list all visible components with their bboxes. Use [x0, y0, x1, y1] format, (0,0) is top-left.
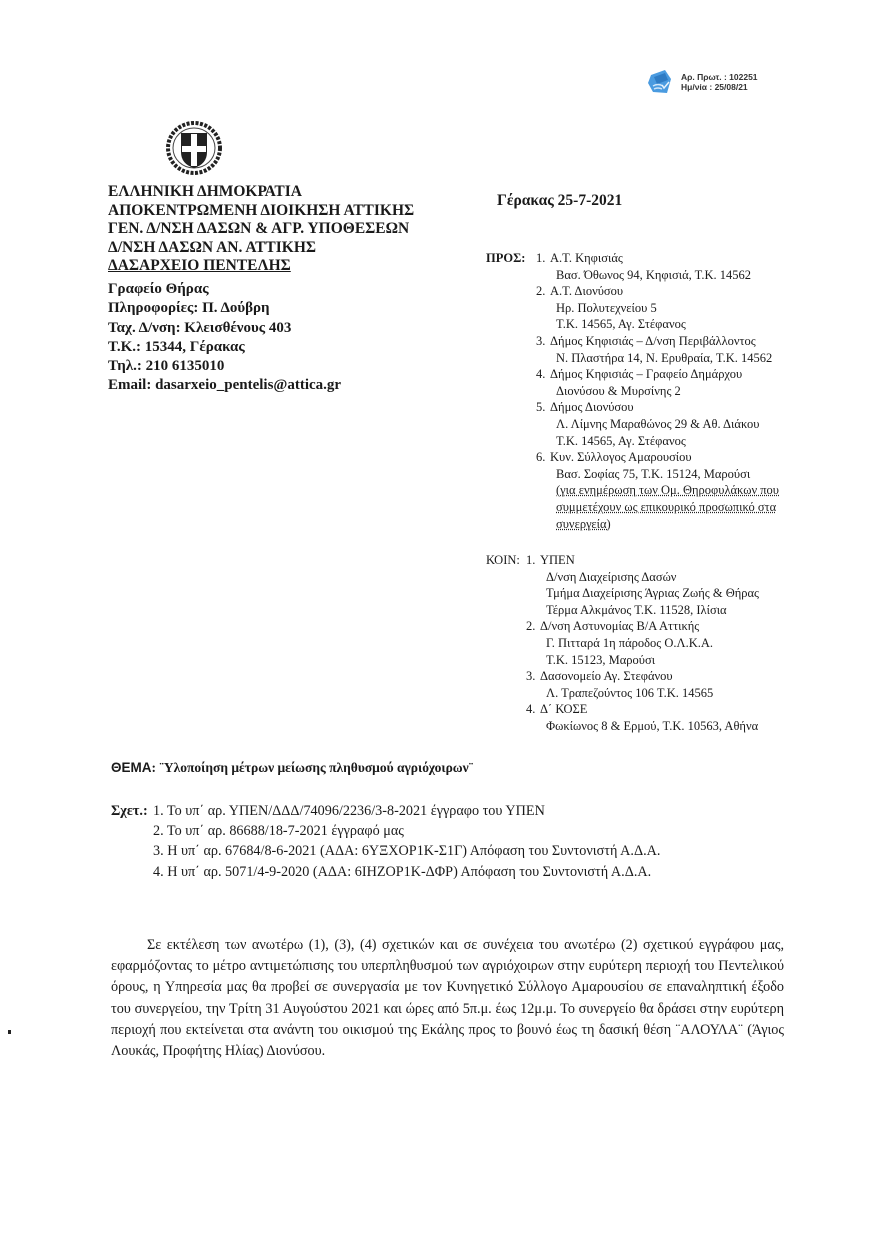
recipient-item: 2.Α.Τ. ΔιονύσουΗρ. Πολυτεχνείου 5Τ.Κ. 14… — [536, 283, 779, 333]
cc-item: 1.ΥΠΕΝΔ/νση Διαχείρισης ΔασώνΤμήμα Διαχε… — [526, 552, 759, 618]
subject-text: : ¨Υλοποίηση μέτρων μείωσης πληθυσμού αγ… — [152, 760, 474, 775]
contact-line: Τ.Κ.: 15344, Γέρακας — [108, 338, 341, 357]
recipient-name: Δ/νση Αστυνομίας Β/Α Αττικής — [540, 618, 713, 635]
scan-mark — [8, 1030, 11, 1034]
recipient-address: Φωκίωνος 8 & Ερμού, Τ.Κ. 10563, Αθήνα — [540, 718, 758, 735]
contact-line: Γραφείο Θήρας — [108, 280, 341, 299]
recipient-name: Δήμος Διονύσου — [550, 399, 759, 416]
recipient-address: Τ.Κ. 14565, Αγ. Στέφανος — [550, 433, 759, 450]
greek-coat-of-arms-icon — [165, 120, 223, 176]
subject-line: ΘΕΜΑ: ¨Υλοποίηση μέτρων μείωσης πληθυσμο… — [111, 760, 473, 776]
contact-line: Πληροφορίες: Π. Δούβρη — [108, 299, 341, 318]
recipient-item: 6.Κυν. Σύλλογος ΑμαρουσίουΒασ. Σοφίας 75… — [536, 449, 779, 532]
body-paragraph: Σε εκτέλεση των ανωτέρω (1), (3), (4) σχ… — [111, 935, 784, 1062]
recipient-address: Βασ. Σοφίας 75, Τ.Κ. 15124, Μαρούσι — [550, 466, 779, 483]
agency-line: ΓΕΝ. Δ/ΝΣΗ ΔΑΣΩΝ & ΑΓΡ. ΥΠΟΘΕΣΕΩΝ — [108, 220, 414, 239]
recipient-address: Δ/νση Διαχείρισης Δασών — [540, 569, 759, 586]
agency-line: ΑΠΟΚΕΝΤΡΩΜΕΝΗ ΔΙΟΙΚΗΣΗ ΑΤΤΙΚΗΣ — [108, 202, 414, 221]
contact-line: Τηλ.: 210 6135010 — [108, 357, 341, 376]
recipient-name: Κυν. Σύλλογος Αμαρουσίου — [550, 449, 779, 466]
recipient-address: Τ.Κ. 14565, Αγ. Στέφανος — [550, 316, 686, 333]
recipients-label: ΠΡΟΣ: — [486, 250, 536, 532]
item-number: 3. — [526, 668, 540, 701]
related-item: 3. Η υπ΄ αρ. 67684/8-6-2021 (ΑΔΑ: 6ΥΞΧΟΡ… — [153, 841, 660, 861]
item-number: 1. — [526, 552, 540, 618]
subject-label: ΘΕΜΑ — [111, 760, 152, 775]
recipient-note: (για ενημέρωση των Ομ. Θηροφυλάκων που — [550, 482, 779, 499]
recipient-address: Τέρμα Αλκμάνος Τ.Κ. 11528, Ιλίσια — [540, 602, 759, 619]
office-name: ΔΑΣΑΡΧΕΙΟ ΠΕΝΤΕΛΗΣ — [108, 257, 414, 276]
related-item: 2. Το υπ΄ αρ. 86688/18-7-2021 έγγραφό μα… — [153, 821, 660, 841]
recipient-name: Α.Τ. Διονύσου — [550, 283, 686, 300]
related-item: 1. Το υπ΄ αρ. ΥΠΕΝ/ΔΔΔ/74096/2236/3-8-20… — [153, 801, 660, 821]
item-number: 1. — [536, 250, 550, 283]
item-number: 6. — [536, 449, 550, 532]
protocol-date: Ημ/νία : 25/08/21 — [681, 82, 758, 92]
item-number: 2. — [536, 283, 550, 333]
recipient-name: Α.Τ. Κηφισιάς — [550, 250, 751, 267]
recipient-name: ΥΠΕΝ — [540, 552, 759, 569]
recipient-address: Διονύσου & Μυρσίνης 2 — [550, 383, 742, 400]
agency-line: Δ/ΝΣΗ ΔΑΣΩΝ ΑΝ. ΑΤΤΙΚΗΣ — [108, 239, 414, 258]
contact-line: Ταχ. Δ/νση: Κλεισθένους 403 — [108, 319, 341, 338]
recipients-block: ΠΡΟΣ: 1.Α.Τ. ΚηφισιάςΒασ. Όθωνος 94, Κηφ… — [486, 250, 779, 532]
recipient-item: 4.Δήμος Κηφισιάς – Γραφείο ΔημάρχουΔιονύ… — [536, 366, 779, 399]
agency-line: ΕΛΛΗΝΙΚΗ ΔΗΜΟΚΡΑΤΙΑ — [108, 183, 414, 202]
item-number: 4. — [526, 701, 540, 734]
recipient-address: Λ. Τραπεζούντος 106 Τ.Κ. 14565 — [540, 685, 713, 702]
protocol-number: Αρ. Πρωτ. : 102251 — [681, 72, 758, 82]
recipient-name: Δ΄ ΚΟΣΕ — [540, 701, 758, 718]
sender-contact: Γραφείο Θήρας Πληροφορίες: Π. Δούβρη Ταχ… — [108, 280, 341, 396]
recipient-note: συμμετέχουν ως επικουρικό προσωπικό στα — [550, 499, 779, 516]
received-stamp-icon — [645, 67, 675, 97]
received-stamp: Αρ. Πρωτ. : 102251 Ημ/νία : 25/08/21 — [645, 67, 758, 97]
cc-item: 2.Δ/νση Αστυνομίας Β/Α ΑττικήςΓ. Πιτταρά… — [526, 618, 759, 668]
recipient-name: Δήμος Κηφισιάς – Δ/νση Περιβάλλοντος — [550, 333, 772, 350]
item-number: 2. — [526, 618, 540, 668]
recipient-item: 3.Δήμος Κηφισιάς – Δ/νση ΠεριβάλλοντοςΝ.… — [536, 333, 779, 366]
recipient-address: Λ. Λίμνης Μαραθώνος 29 & Αθ. Διάκου — [550, 416, 759, 433]
recipient-note: συνεργεία) — [550, 516, 779, 533]
item-number: 4. — [536, 366, 550, 399]
recipient-address: Τ.Κ. 15123, Μαρούσι — [540, 652, 713, 669]
recipient-address: Γ. Πιτταρά 1η πάροδος Ο.Λ.Κ.Α. — [540, 635, 713, 652]
item-number: 3. — [536, 333, 550, 366]
cc-item: 4.Δ΄ ΚΟΣΕΦωκίωνος 8 & Ερμού, Τ.Κ. 10563,… — [526, 701, 759, 734]
recipient-address: Ν. Πλαστήρα 14, Ν. Ερυθραία, Τ.Κ. 14562 — [550, 350, 772, 367]
recipient-address: Βασ. Όθωνος 94, Κηφισιά, Τ.Κ. 14562 — [550, 267, 751, 284]
related-item: 4. Η υπ΄ αρ. 5071/4-9-2020 (ΑΔΑ: 6ΙΗΖΟΡ1… — [153, 862, 660, 882]
recipient-item: 1.Α.Τ. ΚηφισιάςΒασ. Όθωνος 94, Κηφισιά, … — [536, 250, 779, 283]
item-number: 5. — [536, 399, 550, 449]
recipient-name: Δασονομείο Αγ. Στεφάνου — [540, 668, 713, 685]
recipient-address: Ηρ. Πολυτεχνείου 5 — [550, 300, 686, 317]
cc-label: ΚΟΙΝ: — [486, 552, 526, 735]
document-date: Γέρακας 25-7-2021 — [497, 192, 622, 210]
related-documents: Σχετ.: 1. Το υπ΄ αρ. ΥΠΕΝ/ΔΔΔ/74096/2236… — [111, 801, 660, 882]
cc-block: ΚΟΙΝ: 1.ΥΠΕΝΔ/νση Διαχείρισης ΔασώνΤμήμα… — [486, 552, 759, 735]
recipient-name: Δήμος Κηφισιάς – Γραφείο Δημάρχου — [550, 366, 742, 383]
contact-email: Email: dasarxeio_pentelis@attica.gr — [108, 376, 341, 395]
sender-agency: ΕΛΛΗΝΙΚΗ ΔΗΜΟΚΡΑΤΙΑ ΑΠΟΚΕΝΤΡΩΜΕΝΗ ΔΙΟΙΚΗ… — [108, 183, 414, 276]
cc-item: 3.Δασονομείο Αγ. ΣτεφάνουΛ. Τραπεζούντος… — [526, 668, 759, 701]
cc-list: 1.ΥΠΕΝΔ/νση Διαχείρισης ΔασώνΤμήμα Διαχε… — [526, 552, 759, 735]
recipient-address: Τμήμα Διαχείρισης Άγριας Ζωής & Θήρας — [540, 585, 759, 602]
related-label: Σχετ.: — [111, 801, 153, 882]
recipient-item: 5.Δήμος ΔιονύσουΛ. Λίμνης Μαραθώνος 29 &… — [536, 399, 779, 449]
recipients-list: 1.Α.Τ. ΚηφισιάςΒασ. Όθωνος 94, Κηφισιά, … — [536, 250, 779, 532]
